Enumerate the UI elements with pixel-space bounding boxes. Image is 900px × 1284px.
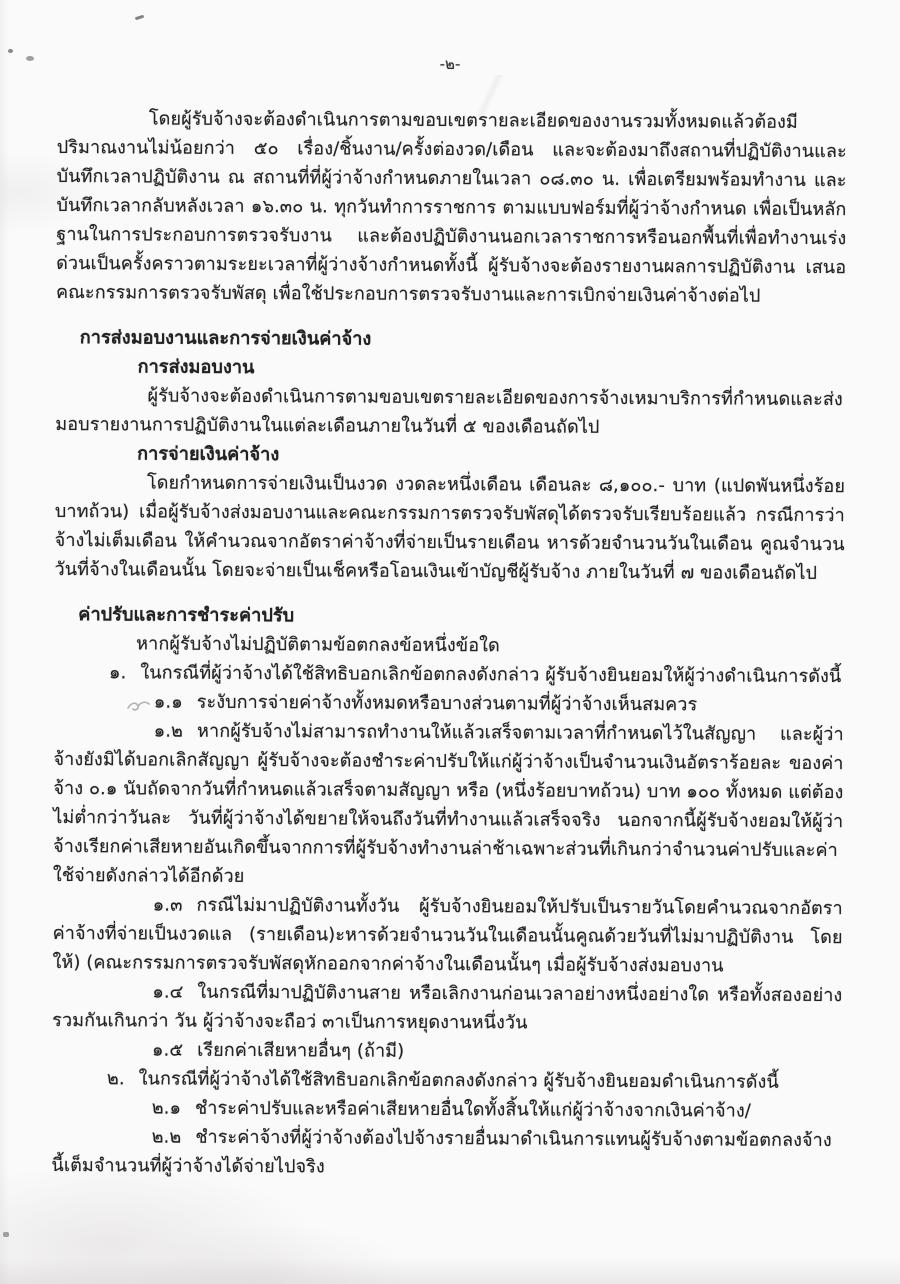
- clause-number: ๑.๔: [152, 982, 183, 1003]
- payment-paragraph: โดยกำหนดการจ่ายเงินเป็นงวด งวดละหนึ่งเดื…: [54, 468, 845, 588]
- clause-number: ๒.๒: [152, 1127, 182, 1148]
- clause-text: ในกรณีที่ผู้ว่าจ้างได้ใช้สิทธิบอกเลิกข้อ…: [139, 1068, 779, 1092]
- clause-item-2-2: ๒.๒ชำระค่าจ้างที่ผู้ว่าจ้างต้องไปจ้างราย…: [51, 1122, 841, 1184]
- submission-paragraph: ผู้รับจ้างจะต้องดำเนินการตามขอบเขตรายละเ…: [55, 381, 845, 443]
- clause-number: ๑.: [109, 662, 126, 683]
- clause-item-1-3: ๑.๓กรณีไม่มาปฏิบัติงานทั้งวัน ผู้รับจ้าง…: [52, 890, 842, 981]
- clause-number: ๑.๕: [152, 1040, 183, 1061]
- clause-item-1: ๑.ในกรณีที่ผู้ว่าจ้างได้ใช้สิทธิบอกเลิกข…: [54, 658, 844, 691]
- clause-number: ๑.๑: [154, 692, 183, 713]
- clause-item-1-1: ๑.๑ระงับการจ่ายค่าจ้างทั้งหมดหรือบางส่วน…: [54, 687, 844, 720]
- clause-item-1-5: ๑.๕เรียกค่าเสียหายอื่นๆ (ถ้ามี): [52, 1035, 842, 1068]
- document-body: โดยผู้รับจ้างจะต้องดำเนินการตามขอบเขตราย…: [51, 104, 847, 1184]
- intro-paragraph: โดยผู้รับจ้างจะต้องดำเนินการตามขอบเขตราย…: [56, 104, 847, 311]
- penalty-intro: หากผู้รับจ้างไม่ปฏิบัติตามข้อตกลงข้อหนึ่…: [54, 629, 844, 662]
- clause-item-1-2: ๑.๒หากผู้รับจ้างไม่สามารถทำงานให้แล้วเสร…: [53, 716, 844, 894]
- submission-subheading: การส่งมอบงาน: [138, 352, 846, 385]
- clause-text: ชำระค่าปรับและหรือค่าเสียหายอื่นใดทั้งสิ…: [195, 1098, 751, 1122]
- scanned-document-page: -๒- โดยผู้รับจ้างจะต้องดำเนินการตามขอบเข…: [0, 0, 900, 1284]
- clause-text: เรียกค่าเสียหายอื่นๆ (ถ้ามี): [197, 1040, 404, 1062]
- scan-speck: [3, 1232, 9, 1237]
- clause-text: ระงับการจ่ายค่าจ้างทั้งหมดหรือบางส่วนตาม…: [197, 692, 698, 716]
- clause-number: ๑.๓: [153, 895, 183, 916]
- penalty-section-heading: ค่าปรับและการชำระค่าปรับ: [78, 600, 844, 633]
- clause-text: หากผู้รับจ้างไม่สามารถทำงานให้แล้วเสร็จต…: [53, 721, 844, 887]
- payment-subheading: การจ่ายเงินค่าจ้าง: [137, 439, 845, 472]
- clause-number: ๒.๑: [152, 1098, 181, 1119]
- clause-item-2-1: ๒.๑ชำระค่าปรับและหรือค่าเสียหายอื่นใดทั้…: [52, 1093, 842, 1126]
- page-number: -๒-: [0, 52, 900, 76]
- clause-number: ๒.: [107, 1068, 125, 1089]
- delivery-section-heading: การส่งมอบงานและการจ่ายเงินค่าจ้าง: [80, 323, 846, 356]
- scan-speck: [135, 15, 144, 21]
- clause-item-1-4: ๑.๔ในกรณีที่มาปฏิบัติงานสาย หรือเลิกงานก…: [52, 977, 842, 1039]
- clause-item-2: ๒.ในกรณีที่ผู้ว่าจ้างได้ใช้สิทธิบอกเลิกข…: [52, 1064, 842, 1097]
- clause-text: ในกรณีที่ผู้ว่าจ้างได้ใช้สิทธิบอกเลิกข้อ…: [140, 662, 841, 687]
- clause-number: ๑.๒: [154, 721, 183, 742]
